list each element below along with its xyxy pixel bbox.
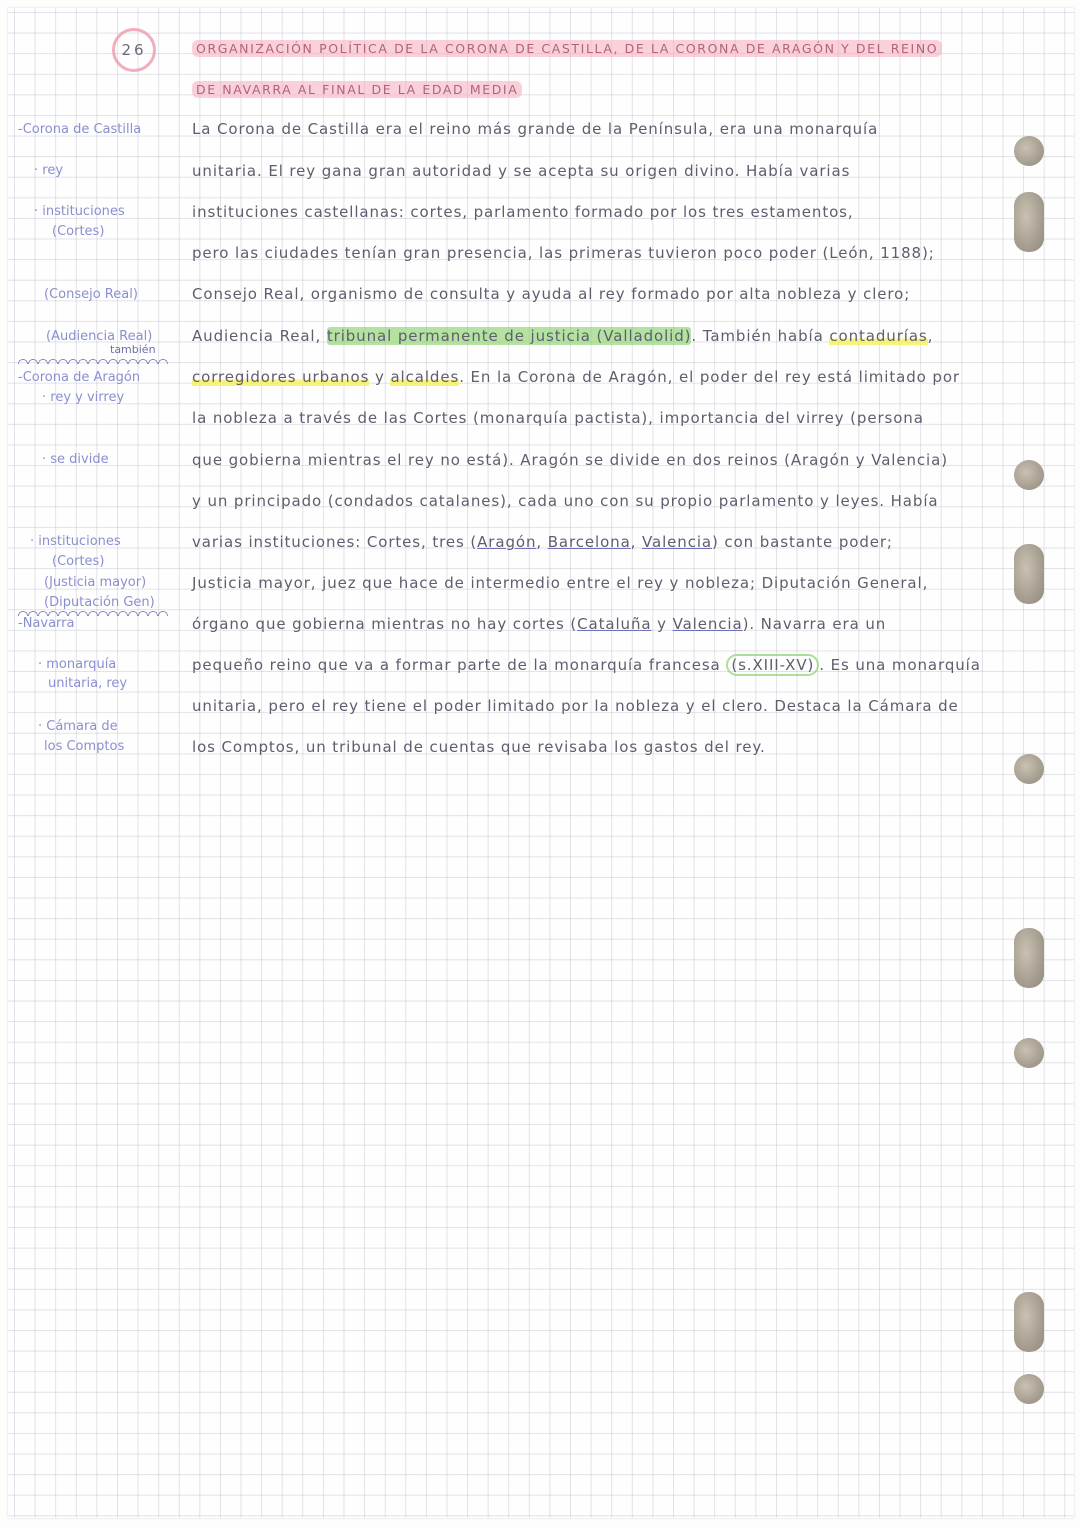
binder-hole	[1014, 1038, 1044, 1068]
margin-note: · Cámara de	[38, 717, 196, 737]
body-line: corregidores urbanos y alcaldes. En la C…	[192, 368, 960, 386]
body-line: Audiencia Real, tribunal permanente de j…	[192, 327, 933, 345]
binder-hole	[1014, 1374, 1044, 1404]
underlined-term: Valencia	[642, 533, 712, 551]
underlined-term: Aragón	[477, 533, 536, 551]
body-line: La Corona de Castilla era el reino más g…	[192, 120, 878, 138]
margin-heading-navarra: -Navarra	[18, 614, 176, 634]
binder-hole	[1014, 136, 1044, 166]
binder-hole	[1014, 754, 1044, 784]
margin-note: (Justicia mayor)	[44, 573, 202, 593]
page-title-line-2: DE NAVARRA AL FINAL DE LA EDAD MEDIA	[192, 81, 522, 98]
green-highlight: tribunal permanente de justicia (Vallado…	[327, 327, 692, 345]
text: . En la Corona de Aragón, el poder del r…	[459, 368, 960, 386]
text: pequeño reino que va a formar parte de l…	[192, 656, 726, 674]
yellow-highlight: alcaldes	[390, 368, 459, 386]
margin-note: · rey	[34, 161, 192, 181]
underlined-term: Cataluña	[577, 615, 651, 633]
underlined-term: Valencia	[673, 615, 743, 633]
text: ) con bastante poder;	[712, 533, 893, 551]
text: . Es una monarquía	[819, 656, 981, 674]
margin-note: unitaria, rey	[48, 674, 206, 694]
text: órgano que gobierna mientras no hay cort…	[192, 615, 577, 633]
text: . También había	[691, 327, 829, 345]
binder-hole	[1014, 460, 1044, 490]
margin-note: · rey y virrey	[42, 388, 200, 408]
binder-hole	[1014, 544, 1044, 604]
body-line: Consejo Real, organismo de consulta y ay…	[192, 285, 910, 303]
margin-note: (Cortes)	[52, 552, 210, 572]
body-line: pequeño reino que va a formar parte de l…	[192, 656, 981, 674]
body-line: instituciones castellanas: cortes, parla…	[192, 203, 854, 221]
body-line: varias instituciones: Cortes, tres (Arag…	[192, 533, 893, 551]
margin-heading-castilla: -Corona de Castilla	[18, 120, 176, 140]
margin-note: · instituciones	[30, 532, 188, 552]
margin-note: · instituciones	[34, 202, 192, 222]
yellow-highlight: corregidores urbanos	[192, 368, 369, 386]
text: varias instituciones: Cortes, tres (	[192, 533, 477, 551]
text: ). Navarra era un	[743, 615, 887, 633]
body-line: que gobierna mientras el rey no está). A…	[192, 451, 948, 469]
underlined-term: Barcelona	[548, 533, 631, 551]
page-number: 26	[112, 28, 156, 72]
text: y	[369, 368, 390, 386]
body-line: los Comptos, un tribunal de cuentas que …	[192, 738, 766, 756]
body-line: pero las ciudades tenían gran presencia,…	[192, 244, 935, 262]
text: ,	[536, 533, 547, 551]
text: ,	[928, 327, 934, 345]
margin-note: (Consejo Real)	[44, 285, 202, 305]
text: ,	[631, 533, 642, 551]
text: y	[651, 615, 672, 633]
margin-note: los Comptos	[44, 737, 202, 757]
margin-note: · se divide	[42, 450, 200, 470]
body-line: y un principado (condados catalanes), ca…	[192, 492, 938, 510]
margin-note: · monarquía	[38, 655, 196, 675]
binder-hole	[1014, 928, 1044, 988]
body-line: unitaria. El rey gana gran autoridad y s…	[192, 162, 850, 180]
circled-date: (s.XIII-XV)	[726, 654, 819, 676]
binder-hole	[1014, 192, 1044, 252]
page-title-line-1: ORGANIZACIÓN POLÍTICA DE LA CORONA DE CA…	[192, 40, 942, 57]
section-divider	[18, 356, 168, 364]
yellow-highlight: contadurías	[829, 327, 927, 345]
body-line: Justicia mayor, juez que hace de interme…	[192, 574, 928, 592]
body-line: la nobleza a través de las Cortes (monar…	[192, 409, 924, 427]
body-line: órgano que gobierna mientras no hay cort…	[192, 615, 886, 633]
body-line: unitaria, pero el rey tiene el poder lim…	[192, 697, 959, 715]
margin-note: (Cortes)	[52, 222, 210, 242]
margin-heading-aragon: -Corona de Aragón	[18, 368, 176, 388]
binder-hole	[1014, 1292, 1044, 1352]
term: Audiencia Real,	[192, 327, 327, 345]
